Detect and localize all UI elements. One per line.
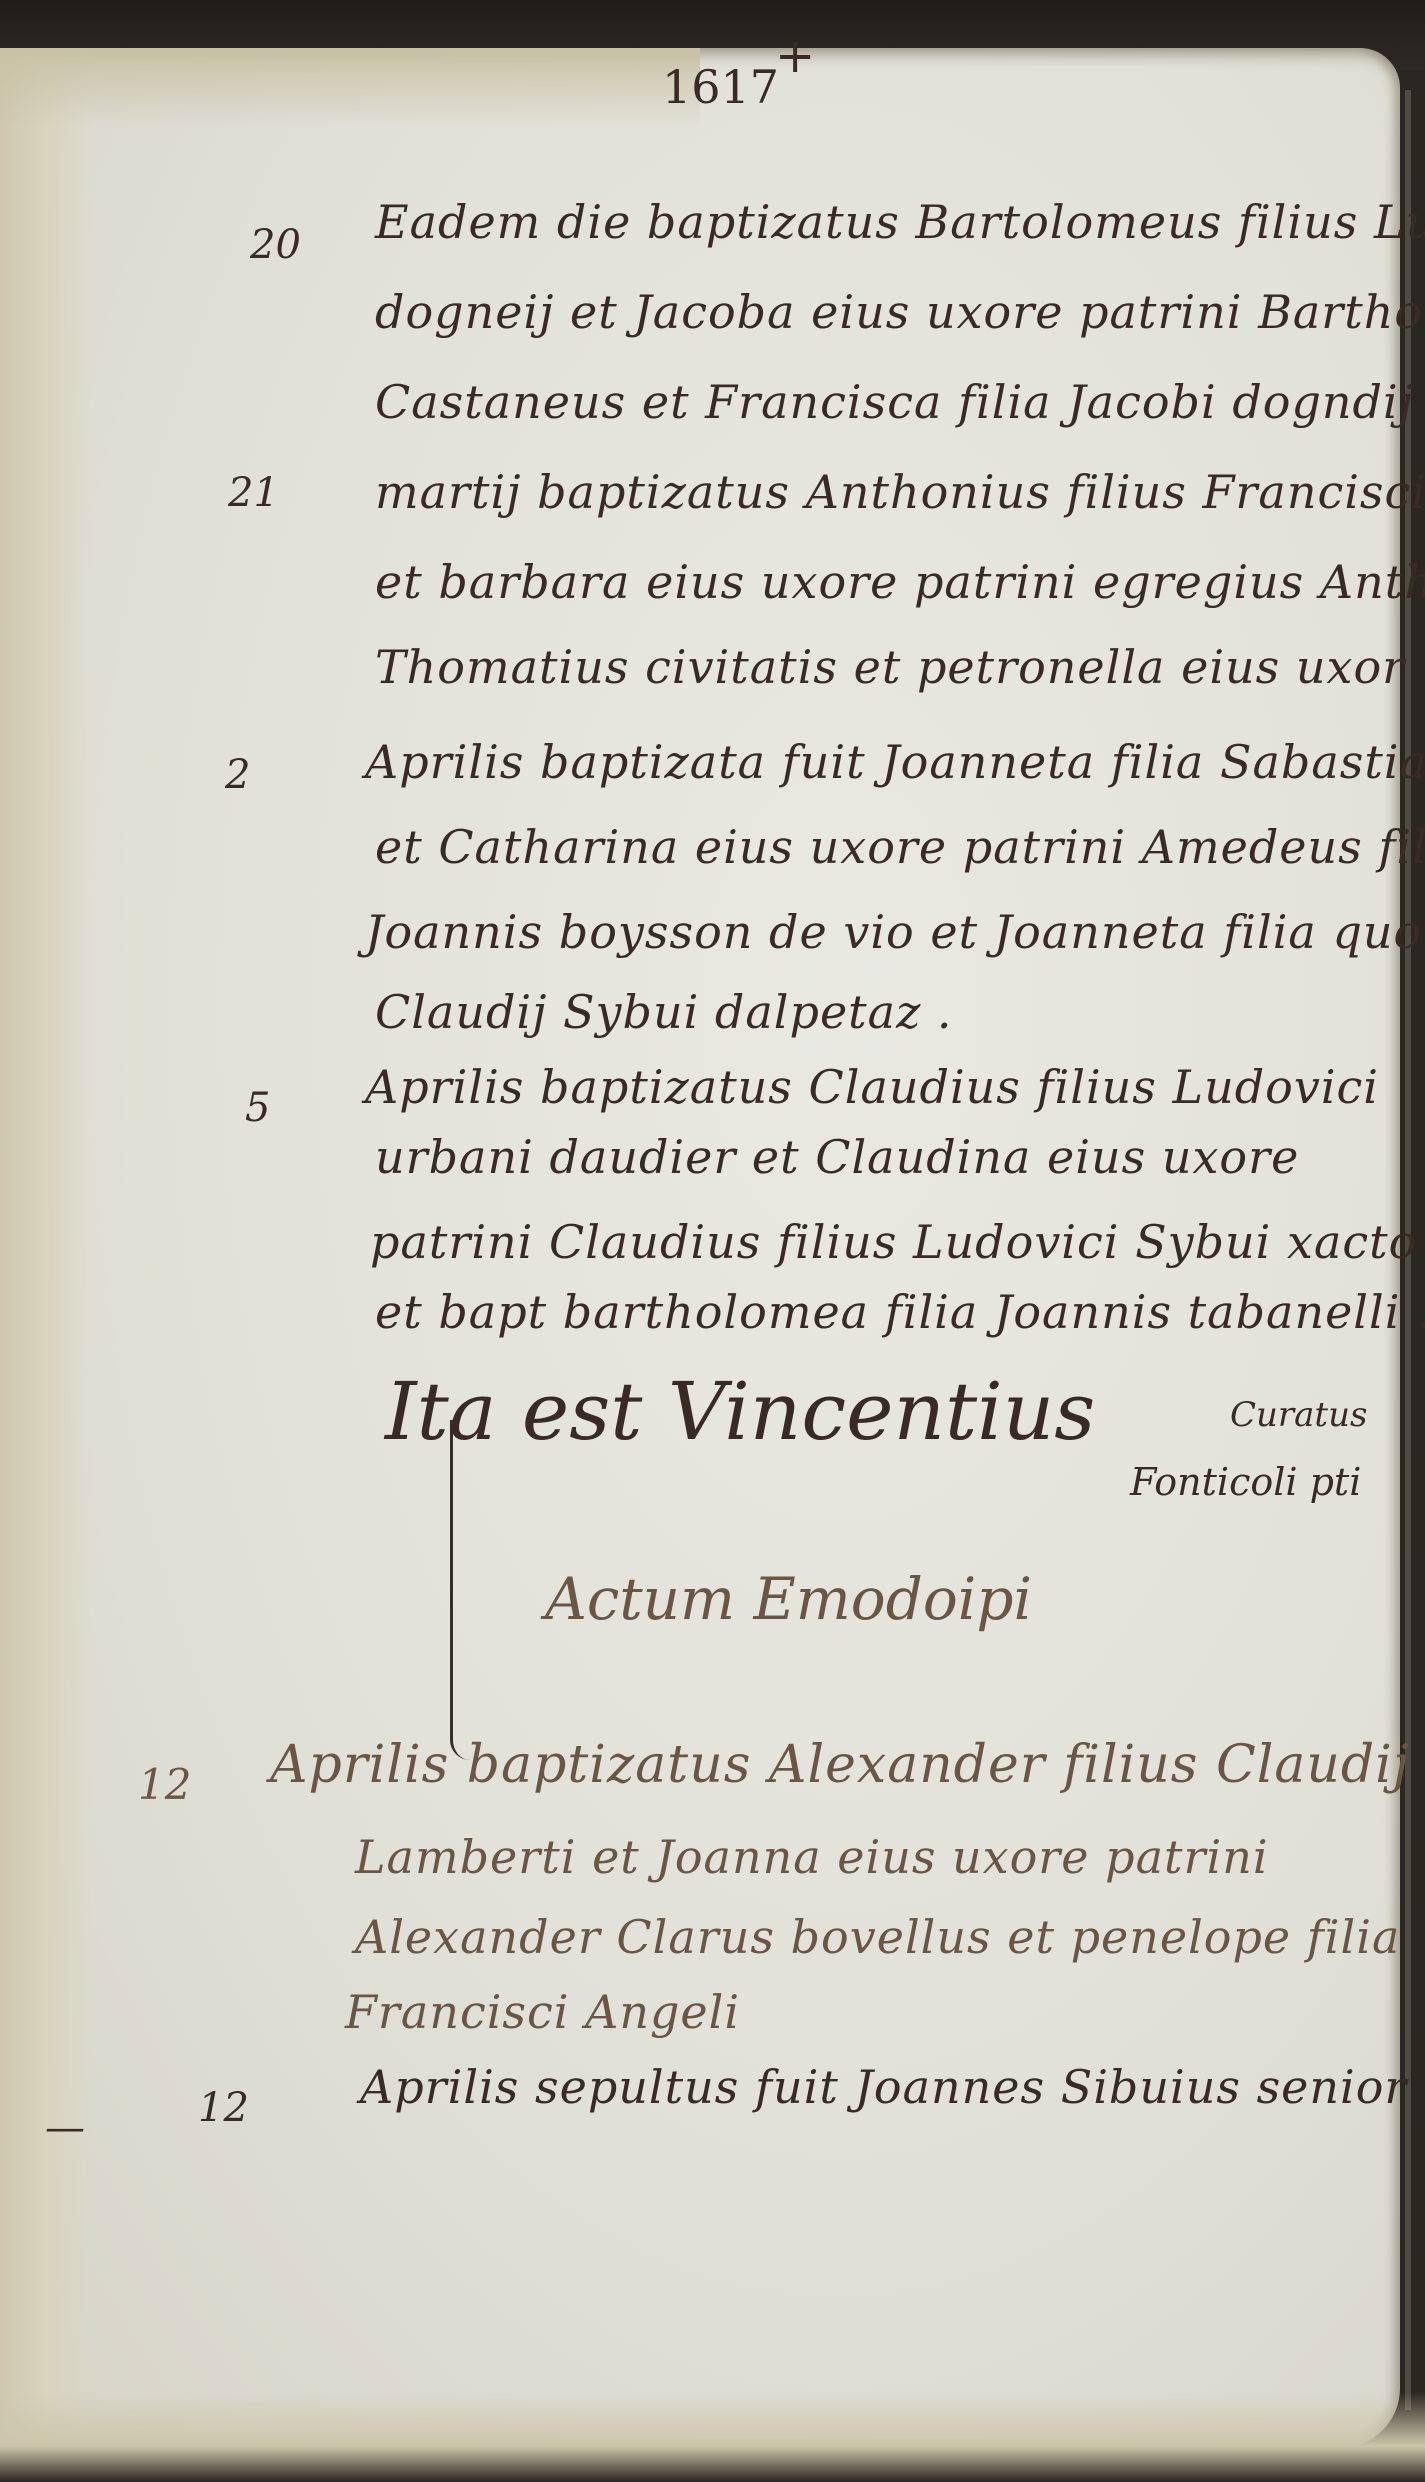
entry-line: Thomatius civitatis et petronella eius u… [375,640,1425,694]
entry-line: patrini Claudius filius Ludovici Sybui x… [370,1215,1417,1269]
margin-day: 2 [225,752,250,798]
entry-line: Aprilis baptizatus Alexander filius Clau… [270,1735,1410,1795]
margin-day: 5 [245,1085,270,1131]
cross-mark-icon: + [775,28,815,84]
page-edge-wear-bottom [0,2392,1425,2482]
margin-day: 21 [228,470,279,516]
signature-actum: Actum Emodoipi [545,1565,1032,1633]
entry-line: Alexander Clarus bovellus et penelope fi… [355,1910,1400,1964]
margin-dash: — [45,2105,85,2151]
margin-day: 12 [198,2085,249,2131]
page-year: 1617 [662,60,779,114]
entry-line: urbani daudier et Claudina eius uxore [375,1130,1299,1184]
entry-line: Francisci Angeli [345,1985,740,2039]
entry-line: Joannis boysson de vio et Joanneta filia… [365,905,1425,959]
entry-line: Claudij Sybui dalpetaz . [375,985,953,1039]
entry-line: Aprilis baptizata fuit Joanneta filia Sa… [365,735,1425,789]
signature-title: Curatus [1230,1395,1367,1435]
entry-line: dogneij et Jacoba eius uxore patrini Bar… [375,285,1425,339]
entry-line: Aprilis baptizatus Claudius filius Ludov… [365,1060,1379,1114]
margin-day: 20 [250,222,301,268]
entry-line: et bapt bartholomea filia Joannis tabane… [375,1285,1425,1339]
page-edge-wear-top [0,48,700,128]
entry-line: Eadem die baptizatus Bartolomeus filius … [375,195,1425,249]
entry-line: et barbara eius uxore patrini egregius A… [375,555,1425,609]
entry-line: Castaneus et Francisca filia Jacobi dogn… [375,375,1425,429]
entry-line: Aprilis sepultus fuit Joannes Sibuius se… [360,2060,1407,2114]
entry-line: Lamberti et Joanna eius uxore patrini [355,1830,1269,1884]
signature-title-2: Fonticoli pti [1130,1460,1361,1504]
page-edge-wear-left [0,48,90,2448]
entry-line: et Catharina eius uxore patrini Amedeus … [375,820,1425,874]
signature-flourish [450,1420,473,1760]
margin-day: 12 [138,1760,191,1809]
entry-line: martij baptizatus Anthonius filius Franc… [375,465,1425,519]
signature-name: Ita est Vincentius [385,1365,1095,1458]
